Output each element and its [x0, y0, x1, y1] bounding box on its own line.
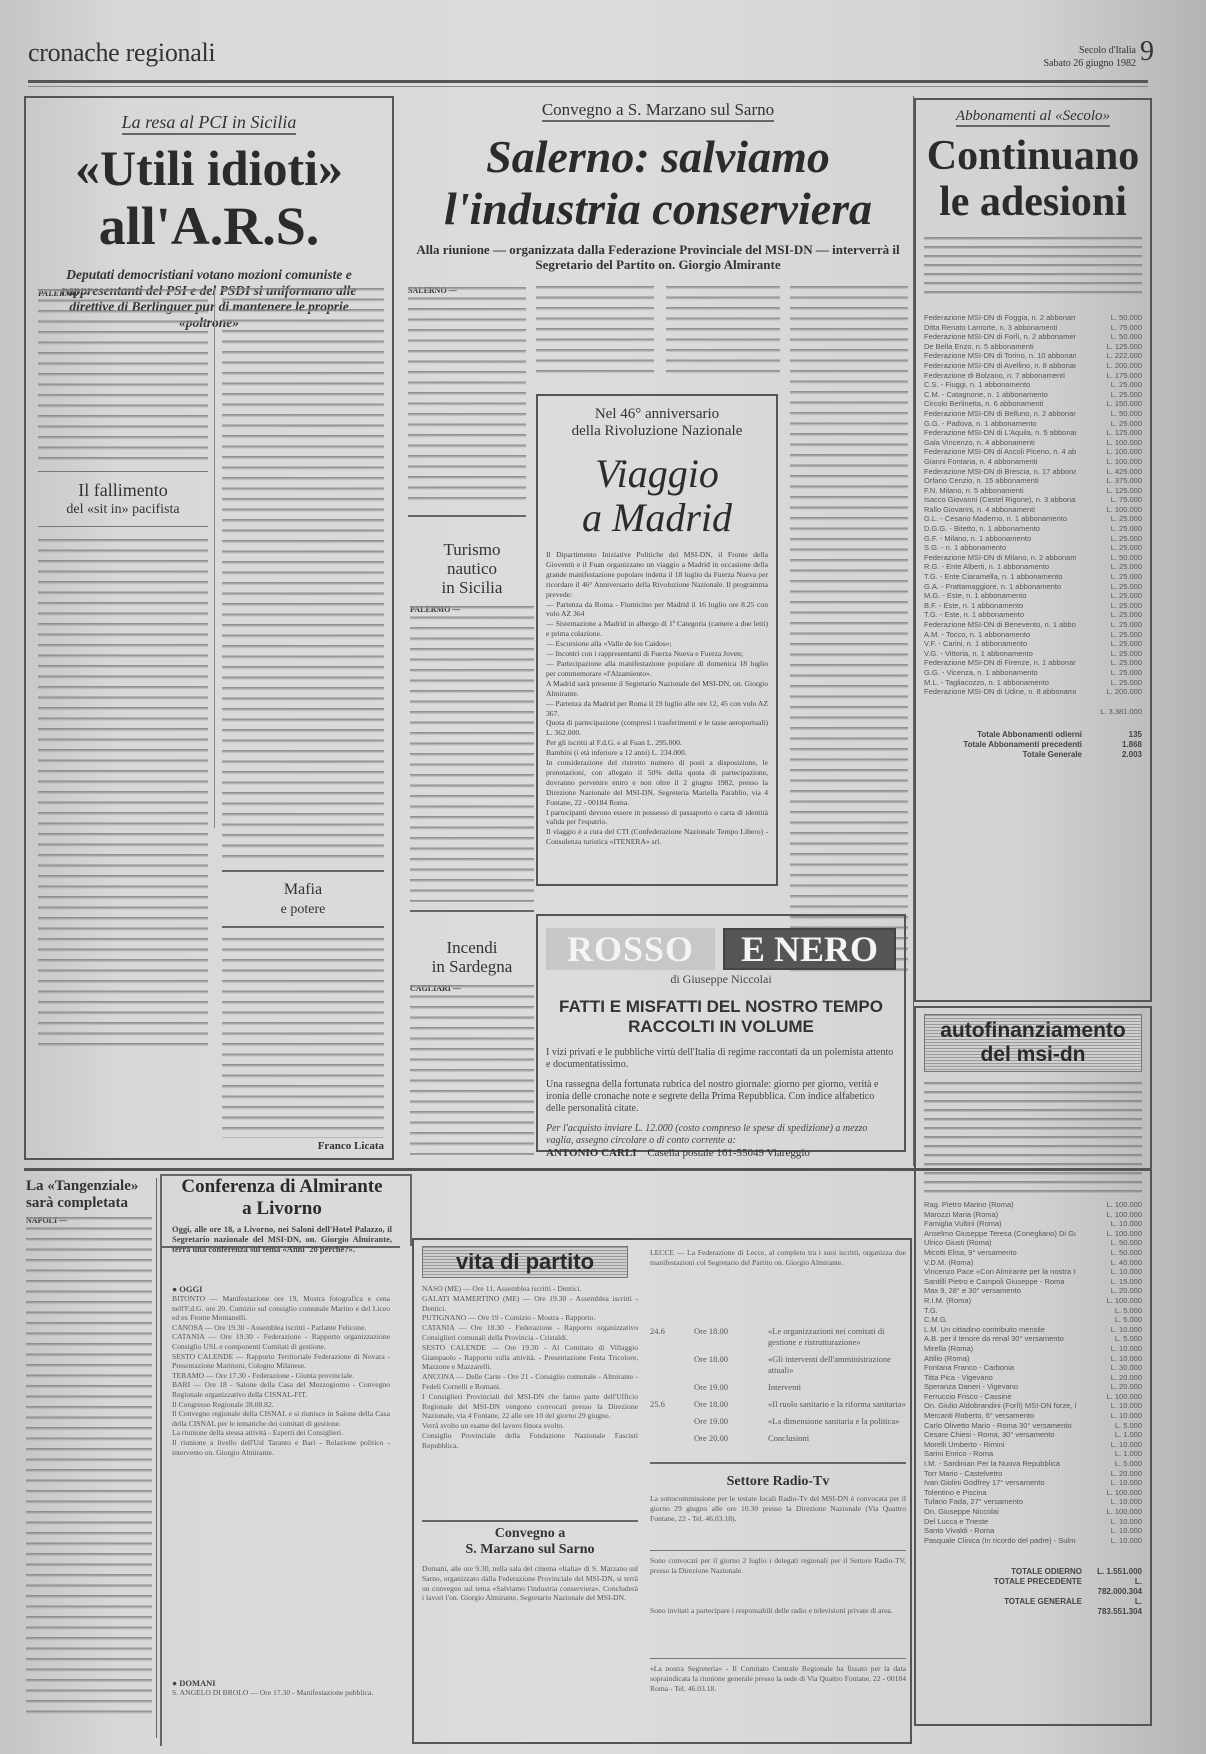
- ledger-row: Ditta Renato Lamorte, n. 3 abbonamentiL.…: [924, 323, 1142, 333]
- rosso-e-nero-order-text: Per l'acquisto inviare L. 12.000 (costo …: [546, 1123, 896, 1147]
- ledger-row: V.D.M. (Roma)L. 40.000: [924, 1258, 1142, 1268]
- ledger-name: Isacco Giovanni (Castel Rigone), n. 3 ab…: [924, 495, 1076, 505]
- total-value: 135: [1092, 730, 1142, 740]
- ledger-value: L. 20.000: [1076, 1286, 1142, 1296]
- rosso-e-nero-headline-line2: RACCOLTI IN VOLUME: [546, 1017, 896, 1037]
- ledger-value: L. 10.000: [1076, 1526, 1142, 1536]
- publication-date: Sabato 26 giugno 1982: [1044, 57, 1137, 70]
- schedule-time: Ore 20.00: [694, 1433, 768, 1444]
- ledger-name: D.G.G. - Bitetto, n. 1 abbonamento: [924, 524, 1076, 534]
- ledger-row: Federazione MSI-DN di Benevento, n. 1 ab…: [924, 620, 1142, 630]
- article-kicker: La resa al PCI in Sicilia: [26, 112, 392, 133]
- newspaper-page: cronache regionali Secolo d'Italia Sabat…: [0, 0, 1206, 1754]
- schedule-row: Ore 19.00Interventi: [650, 1382, 906, 1393]
- schedule-date: [650, 1416, 694, 1427]
- ledger-row: G.F. - Milano, n. 1 abbonamentoL. 25.000: [924, 534, 1142, 544]
- convegno-text: Domani, alle ore 9.30, nella sala del ci…: [422, 1564, 638, 1736]
- vita-di-partito-header: vita di partito: [422, 1246, 628, 1278]
- ledger-value: L. 25.000: [1076, 534, 1142, 544]
- ledger-name: Ulrico Giusti (Roma): [924, 1238, 1076, 1248]
- rosso-e-nero-headline-line1: FATTI E MISFATTI DEL NOSTRO TEMPO: [546, 997, 896, 1017]
- madrid-title-line1: Viaggio: [546, 454, 768, 494]
- ledger-name: R.I.M. (Roma): [924, 1296, 1076, 1306]
- ledger-row: Federazione MSI-DN di Udine, n. 8 abbona…: [924, 687, 1142, 697]
- almirante-entry: Il Congresso Regionale 28.08.82.: [172, 1400, 390, 1410]
- madrid-item: In considerazione del ristretto numero d…: [546, 758, 768, 808]
- ledger-name: G.F. - Milano, n. 1 abbonamento: [924, 534, 1076, 544]
- ledger-name: T.G. - Ente Ciaramella, n. 1 abbonamento: [924, 572, 1076, 582]
- ledger-value: L. 25.000: [1076, 390, 1142, 400]
- article-turismo: Turismo nautico in Sicilia PALERMO —: [410, 528, 534, 928]
- ledger-row: Federazione MSI-DN di Brescia, n. 17 abb…: [924, 467, 1142, 477]
- ledger-name: Rallo Giovanni, n. 4 abbonamenti: [924, 505, 1076, 515]
- vita-di-partito-entry: SESTO CALENDE — Ore 19.30 - Al Comitato …: [422, 1343, 638, 1372]
- ledger-row: V.G. - Vittoria, n. 1 abbonamentoL. 25.0…: [924, 649, 1142, 659]
- rosso-e-nero-order-name: ANTONIO CARLI: [546, 1147, 637, 1159]
- almirante-entry: CATANIA — Ore 19.30 - Federazione - Rapp…: [172, 1332, 390, 1351]
- ledger-value: L. 100.000: [1076, 1200, 1142, 1210]
- ledger-row: Ivan Giolini Godfrey 17° versamentoL. 10…: [924, 1478, 1142, 1488]
- autofinanziamento-title-line2: del msi-dn: [925, 1043, 1141, 1067]
- total-label: Totale Generale: [1023, 750, 1082, 760]
- madrid-item: — Incontri con i rappresentanti di Fuerz…: [546, 649, 768, 659]
- madrid-item: Bambini (i età inferiore a 12 anni) L. 2…: [546, 748, 768, 758]
- publication-name: Secolo d'Italia: [1044, 44, 1137, 57]
- almirante-entry: SESTO CALENDE — Rapporto Territoriale Fe…: [172, 1352, 390, 1371]
- ledger-value: L. 10.000: [1076, 1354, 1142, 1364]
- abbonamenti-subtotal: L. 3.381.000: [1076, 707, 1142, 717]
- ledger-row: D.G.G. - Bitetto, n. 1 abbonamentoL. 25.…: [924, 524, 1142, 534]
- madrid-item: Quota di partecipazione (compresi i tras…: [546, 718, 768, 738]
- ledger-name: Carlo Olivetto Mario - Roma 30° versamen…: [924, 1421, 1076, 1431]
- ledger-value: L. 100.000: [1076, 1488, 1142, 1498]
- ledger-value: L. 25.000: [1076, 572, 1142, 582]
- ledger-value: L. 50.000: [1076, 313, 1142, 323]
- article-incendi: Incendi in Sardegna CAGLIARI —: [410, 930, 534, 1160]
- ledger-name: F.N. Milano, n. 5 abbonamenti: [924, 486, 1076, 496]
- ledger-row: Santo Vivaldi - RomaL. 10.000: [924, 1526, 1142, 1536]
- vita-di-partito-entry: CATANIA — Ore 18.30 - Federazione - Rapp…: [422, 1323, 638, 1343]
- ledger-row: G.A. - Frattamaggiore, n. 1 abbonamentoL…: [924, 582, 1142, 592]
- ledger-value: L. 10.000: [1076, 1401, 1142, 1411]
- almirante-entry: BITONTO — Manifestazione ore 19, Mostra …: [172, 1294, 390, 1323]
- schedule-date: 24.6: [650, 1326, 694, 1348]
- article-headline-line1: «Utili idioti»: [26, 143, 392, 193]
- ledger-value: L. 175.000: [1076, 371, 1142, 381]
- ledger-value: L. 100.000: [1076, 1210, 1142, 1220]
- ledger-value: L. 222.000: [1076, 351, 1142, 361]
- ledger-value: L. 25.000: [1076, 562, 1142, 572]
- ledger-row: Sarini Enrico - RomaL. 1.000: [924, 1449, 1142, 1459]
- ledger-value: L. 10.000: [1076, 1219, 1142, 1229]
- abbonamenti-box: Abbonamenti al «Secolo» Continuano le ad…: [914, 98, 1152, 1002]
- ledger-row: M.G. - Este, n. 1 abbonamentoL. 25.000: [924, 591, 1142, 601]
- almirante-entries: BITONTO — Manifestazione ore 19, Mostra …: [172, 1294, 390, 1674]
- article-body-text: [790, 286, 908, 976]
- ledger-value: L. 10.000: [1076, 1411, 1142, 1421]
- total-value: L. 782.000.304: [1092, 1577, 1142, 1597]
- abbonamenti-ledger: Federazione MSI-DN di Foggia, n. 2 abbon…: [924, 313, 1142, 697]
- ledger-value: L. 125.000: [1076, 428, 1142, 438]
- incendi-body-text: [410, 985, 534, 1155]
- tangenziale-title-line2: sarà completata: [26, 1195, 152, 1212]
- ledger-row: On. Giulio Aldobrandini (Forlì) MSI-DN f…: [924, 1401, 1142, 1411]
- ledger-name: Federazione MSI-DN di Torino, n. 10 abbo…: [924, 351, 1076, 361]
- ledger-value: L. 125.000: [1076, 342, 1142, 352]
- ledger-value: L. 5.000: [1076, 1421, 1142, 1431]
- ledger-value: L. 25.000: [1076, 601, 1142, 611]
- ledger-row: Gala Vincenzo, n. 4 abbonamentiL. 100.00…: [924, 438, 1142, 448]
- almirante-entry: La riunione della stessa attività - Espe…: [172, 1428, 390, 1438]
- ledger-row: Santilli Pietro e Campoli Giuseppe - Rom…: [924, 1277, 1142, 1287]
- ledger-name: Attilio (Roma): [924, 1354, 1076, 1364]
- almirante-today-label: ● OGGI: [172, 1284, 390, 1294]
- article-headline-line1: Salerno: salviamo: [404, 134, 912, 180]
- ledger-row: Federazione MSI-DN di Foggia, n. 2 abbon…: [924, 313, 1142, 323]
- schedule-date: [650, 1382, 694, 1393]
- total-row: Totale Abbonamenti precedenti1.868: [924, 740, 1142, 750]
- article-body-text: [38, 289, 208, 461]
- madrid-item: I partecipanti devono essere in possesso…: [546, 808, 768, 828]
- total-row: Totale Generale2.003: [924, 750, 1142, 760]
- ledger-value: L. 200.000: [1076, 361, 1142, 371]
- rosso-e-nero-author: di Giuseppe Niccolai: [546, 972, 896, 987]
- ledger-name: R.G. - Ente Alberti, n. 1 abbonamento: [924, 562, 1076, 572]
- ledger-name: G.G. - Padova, n. 1 abbonamento: [924, 419, 1076, 429]
- sidebar-title-line1: Il fallimento: [38, 480, 208, 500]
- section-title: cronache regionali: [28, 38, 215, 68]
- ledger-value: L. 100.000: [1076, 505, 1142, 515]
- schedule-event: «Le organizzazioni nei comitati di gesti…: [768, 1326, 906, 1348]
- rosso-label: ROSSO: [546, 928, 715, 970]
- publication-info: Secolo d'Italia Sabato 26 giugno 1982: [1044, 44, 1137, 70]
- sidebar-body-text: [38, 539, 208, 1049]
- ledger-row: De Bella Enzo, n. 5 abbonamentiL. 125.00…: [924, 342, 1142, 352]
- article-column-2: [536, 286, 654, 380]
- ledger-name: Mercanti Roberto, 6° versamento: [924, 1411, 1076, 1421]
- radio-tv-title: Settore Radio-Tv: [650, 1472, 906, 1492]
- article-column-3: [666, 286, 780, 380]
- divider: [650, 1462, 906, 1464]
- ledger-value: L. 50.000: [1076, 1238, 1142, 1248]
- vita-di-partito-entries: NASO (ME) — Ore 11, Assemblea iscritti -…: [422, 1284, 638, 1514]
- almirante-entry: Il Convegno regionale della CISNAL e si …: [172, 1409, 390, 1428]
- madrid-item: — Partecipazione alla manifestazione pop…: [546, 659, 768, 679]
- madrid-kicker-line1: Nel 46° anniversario: [546, 406, 768, 423]
- schedule-time: Ore 19.00: [694, 1416, 768, 1427]
- autofinanziamento-totals: TOTALE ODIERNOL. 1.551.000TOTALE PRECEDE…: [924, 1567, 1142, 1617]
- almirante-entry: Il riunione a livello dell'Usl Taranto e…: [172, 1438, 390, 1457]
- article-body-text: [222, 288, 384, 860]
- divider: [650, 1658, 906, 1659]
- ledger-name: On. Giuseppe Niccolai: [924, 1507, 1076, 1517]
- ledger-row: Famiglia Vultini (Roma)L. 10.000: [924, 1219, 1142, 1229]
- ledger-row: Carlo Olivetto Mario - Roma 30° versamen…: [924, 1421, 1142, 1431]
- ledger-row: Max 9, 28° e 30° versamentoL. 20.000: [924, 1286, 1142, 1296]
- abbonamenti-subtotal-row: L. 3.381.000: [924, 707, 1142, 717]
- tangenziale-body-text: [26, 1217, 152, 1717]
- abbonamenti-title-line1: Continuano: [924, 135, 1142, 177]
- divider: [422, 1520, 638, 1522]
- schedule-time: Ore 18.00: [694, 1326, 768, 1348]
- masthead-rule-thin: [28, 86, 1148, 87]
- ledger-value: L. 20.000: [1076, 1373, 1142, 1383]
- ledger-name: V.D.M. (Roma): [924, 1258, 1076, 1268]
- ledger-value: L. 10.000: [1076, 1517, 1142, 1527]
- radio-tv-text-3: Sono invitati a partecipare i responsabi…: [650, 1606, 906, 1650]
- ledger-name: Federazione MSI-DN di Ascoli Piceno, n. …: [924, 447, 1076, 457]
- almirante-entry: BARI — Ore 18 - Salone della Casa del Me…: [172, 1380, 390, 1399]
- ledger-row: Federazione MSI-DN di Milano, n. 2 abbon…: [924, 553, 1142, 563]
- almirante-tomorrow-text: S. ANGELO DI BROLO — Ore 17.30 - Manifes…: [172, 1688, 390, 1698]
- divider: [38, 526, 208, 527]
- total-label: TOTALE GENERALE: [1004, 1597, 1082, 1617]
- autofinanziamento-header: autofinanziamento del msi-dn: [924, 1014, 1142, 1072]
- ledger-name: A.B. per il tenore da renal 30° versamen…: [924, 1334, 1076, 1344]
- article-column-4: [790, 286, 908, 976]
- total-label: Totale Abbonamenti odierni: [977, 730, 1082, 740]
- ledger-row: Pasquale Clinica (In ricordo del padre) …: [924, 1536, 1142, 1546]
- ledger-row: Federazione MSI-DN di Ascoli Piceno, n. …: [924, 447, 1142, 457]
- schedule-row: Ore 20.00Conclusioni: [650, 1433, 906, 1444]
- ledger-name: A.M. - Tocco, n. 1 abbonamento: [924, 630, 1076, 640]
- ledger-row: Federazione MSI-DN di Belluno, n. 2 abbo…: [924, 409, 1142, 419]
- ledger-name: Tufano Fada, 27° versamento: [924, 1497, 1076, 1507]
- ledger-name: On. Giulio Aldobrandini (Forlì) MSI-DN f…: [924, 1401, 1076, 1411]
- vita-di-partito-entry: Consiglio Provinciale della Fondazione N…: [422, 1431, 638, 1451]
- rosso-e-nero-para1: I vizi privati e le pubbliche virtù dell…: [546, 1047, 896, 1071]
- madrid-body-text: Il Dipartimento Iniziative Politiche del…: [546, 550, 768, 846]
- autofinanziamento-ledger: Rag. Pietro Marino (Roma)L. 100.000Maroz…: [924, 1200, 1142, 1545]
- box-body-text: [222, 938, 384, 1138]
- ledger-name: Del Lucca e Trieste: [924, 1517, 1076, 1527]
- ledger-name: G.L. - Cesano Maderno, n. 1 abbonamento: [924, 514, 1076, 524]
- tangenziale-title-line1: La «Tangenziale»: [26, 1178, 152, 1195]
- ledger-row: Torr Mario - CastelvetroL. 20.000: [924, 1469, 1142, 1479]
- ledger-name: Marozzi Maria (Roma): [924, 1210, 1076, 1220]
- ledger-value: L. 10.000: [1076, 1344, 1142, 1354]
- article-column-1: PALERMO — Il fallimento del «sit in» pac…: [38, 288, 208, 1049]
- ledger-name: Torr Mario - Castelvetro: [924, 1469, 1076, 1479]
- ledger-value: L. 75.000: [1076, 495, 1142, 505]
- ledger-row: Federazione MSI-DN di Firenze, n. 1 abbo…: [924, 658, 1142, 668]
- almirante-entry: CANOSA — Ore 19.30 - Assemblea iscritti …: [172, 1323, 390, 1333]
- vita-di-partito-entry: I Consiglieri Provinciali del MSI-DN che…: [422, 1392, 638, 1421]
- ledger-value: L. 25.000: [1076, 380, 1142, 390]
- viaggio-madrid-box: Nel 46° anniversario della Rivoluzione N…: [536, 394, 778, 886]
- ledger-value: L. 375.000: [1076, 476, 1142, 486]
- incendi-title-line2: in Sardegna: [410, 957, 534, 976]
- ledger-name: Vincenzo Pace «Con Almirante per la nost…: [924, 1267, 1076, 1277]
- ledger-name: Federazione MSI-DN di Benevento, n. 1 ab…: [924, 620, 1076, 630]
- ledger-name: Micotti Elisa, 9° versamento: [924, 1248, 1076, 1258]
- ledger-value: L. 50.000: [1076, 332, 1142, 342]
- ledger-row: Vincenzo Pace «Con Almirante per la nost…: [924, 1267, 1142, 1277]
- ledger-row: Ulrico Giusti (Roma)L. 50.000: [924, 1238, 1142, 1248]
- ledger-row: Micotti Elisa, 9° versamentoL. 50.000: [924, 1248, 1142, 1258]
- madrid-item: — Partenza da Roma - Fiumicino per Madri…: [546, 600, 768, 620]
- ledger-value: L. 25.000: [1076, 591, 1142, 601]
- ledger-value: L. 5.000: [1076, 1334, 1142, 1344]
- rosso-e-nero-order-address-line: ANTONIO CARLI Casella postale 161-55049 …: [546, 1147, 896, 1160]
- ledger-row: Morelli Umberto - RiminiL. 10.000: [924, 1440, 1142, 1450]
- madrid-item: A Madrid sarà presente il Segretario Naz…: [546, 679, 768, 699]
- article-body-text: [666, 286, 780, 380]
- madrid-item: — Escursione alla «Valle de los Caídos»;: [546, 639, 768, 649]
- ledger-row: On. Giuseppe NiccolaiL. 100.000: [924, 1507, 1142, 1517]
- convegno-title-line2: S. Marzano sul Sarno: [422, 1542, 638, 1558]
- sidebar-title-line2: del «sit in» pacifista: [38, 500, 208, 520]
- ledger-name: Federazione MSI-DN di Foggia, n. 2 abbon…: [924, 313, 1076, 323]
- divider: [650, 1550, 906, 1551]
- ledger-value: L. 25.000: [1076, 582, 1142, 592]
- ledger-name: Orfano Cenzio, n. 15 abbonamenti: [924, 476, 1076, 486]
- ledger-row: Ferruccio Frisco - CassineL. 100.000: [924, 1392, 1142, 1402]
- ledger-row: B.F. - Este, n. 1 abbonamentoL. 25.000: [924, 601, 1142, 611]
- ledger-row: Federazione MSI-DN di L'Aquila, n. 5 abb…: [924, 428, 1142, 438]
- ledger-value: L. 10.000: [1076, 1497, 1142, 1507]
- ledger-row: Isacco Giovanni (Castel Rigone), n. 3 ab…: [924, 495, 1142, 505]
- total-row: TOTALE ODIERNOL. 1.551.000: [924, 1567, 1142, 1577]
- ledger-row: G.G. - Vicenza, n. 1 abbonamentoL. 25.00…: [924, 668, 1142, 678]
- ledger-row: Federazione MSI-DN di Avellino, n. 8 abb…: [924, 361, 1142, 371]
- ledger-name: T.G.: [924, 1306, 1076, 1316]
- ledger-value: L. 25.000: [1076, 620, 1142, 630]
- ledger-value: L. 1.000: [1076, 1449, 1142, 1459]
- ledger-value: L. 15.000: [1076, 1277, 1142, 1287]
- schedule-event: Conclusioni: [768, 1433, 906, 1444]
- ledger-name: T.G. - Este, n. 1 abbonamento: [924, 610, 1076, 620]
- ledger-name: Fontana Franco - Carbonia: [924, 1363, 1076, 1373]
- ledger-row: Attilio (Roma)L. 10.000: [924, 1354, 1142, 1364]
- divider: [410, 910, 534, 912]
- ledger-row: Speranza Daneri - VigevanoL. 20.000: [924, 1382, 1142, 1392]
- ledger-name: M.G. - Este, n. 1 abbonamento: [924, 591, 1076, 601]
- ledger-name: Federazione MSI-DN di Udine, n. 8 abbona…: [924, 687, 1076, 697]
- ledger-value: L. 425.000: [1076, 467, 1142, 477]
- lecce-schedule: 24.6Ore 18.00«Le organizzazioni nei comi…: [650, 1326, 906, 1450]
- rosso-e-nero-banner: ROSSO E NERO: [546, 928, 896, 970]
- ledger-name: S.G. - n. 1 abbonamento: [924, 543, 1076, 553]
- ledger-name: V.G. - Vittoria, n. 1 abbonamento: [924, 649, 1076, 659]
- ledger-value: L. 25.000: [1076, 610, 1142, 620]
- ledger-name: Federazione MSI-DN di Brescia, n. 17 abb…: [924, 467, 1076, 477]
- radio-tv-text-4: «La nostra Segreteria» - Il Comitato Cen…: [650, 1664, 906, 1714]
- ledger-value: L. 10.000: [1076, 1267, 1142, 1277]
- ledger-name: Morelli Umberto - Rimini: [924, 1440, 1076, 1450]
- total-value: 1.868: [1092, 740, 1142, 750]
- vita-di-partito-entry: NASO (ME) — Ore 11, Assemblea iscritti -…: [422, 1284, 638, 1294]
- article-ars: La resa al PCI in Sicilia «Utili idioti»…: [24, 96, 394, 1160]
- ledger-value: L. 25.000: [1076, 639, 1142, 649]
- ledger-name: C.M.G.: [924, 1315, 1076, 1325]
- ledger-row: M.L. - Tagliacozzo, n. 1 abbonamentoL. 2…: [924, 678, 1142, 688]
- ledger-value: L. 1.000: [1076, 1430, 1142, 1440]
- article-signature: Franco Licata: [222, 1140, 384, 1152]
- ledger-value: L. 25.000: [1076, 514, 1142, 524]
- madrid-kicker-line2: della Rivoluzione Nazionale: [546, 423, 768, 440]
- ledger-value: L. 100.000: [1076, 1296, 1142, 1306]
- ledger-value: L. 50.000: [1076, 553, 1142, 563]
- vita-di-partito-title: vita di partito: [423, 1247, 627, 1277]
- ledger-name: Gianni Fontana, n. 4 abbonamenti: [924, 457, 1076, 467]
- article-deck: Alla riunione — organizzata dalla Federa…: [408, 242, 908, 272]
- ledger-value: L. 25.000: [1076, 649, 1142, 659]
- ledger-row: Rallo Giovanni, n. 4 abbonamentiL. 100.0…: [924, 505, 1142, 515]
- schedule-event: «La dimensione sanitaria e la politica»: [768, 1416, 906, 1427]
- ledger-name: De Bella Enzo, n. 5 abbonamenti: [924, 342, 1076, 352]
- ledger-name: Circolo Berlinetta, n. 6 abbonamenti: [924, 399, 1076, 409]
- ledger-name: C.M. - Catagnone, n. 1 abbonamento: [924, 390, 1076, 400]
- ledger-name: G.G. - Vicenza, n. 1 abbonamento: [924, 668, 1076, 678]
- total-row: TOTALE PRECEDENTEL. 782.000.304: [924, 1577, 1142, 1597]
- ledger-row: C.M. - Catagnone, n. 1 abbonamentoL. 25.…: [924, 390, 1142, 400]
- ledger-name: Sarini Enrico - Roma: [924, 1449, 1076, 1459]
- madrid-item: Per gli iscritti al F.d.G. e al Fuan L. …: [546, 738, 768, 748]
- ledger-name: Federazione di Bolzano, n. 7 abbonamenti: [924, 371, 1076, 381]
- box-title-line2: e potere: [222, 900, 384, 920]
- madrid-item: Il viaggio è a cura del CTI (Confederazi…: [546, 827, 768, 846]
- ledger-name: Santo Vivaldi - Roma: [924, 1526, 1076, 1536]
- article-tangenziale: La «Tangenziale» sarà completata NAPOLI …: [26, 1178, 152, 1738]
- total-value: 2.003: [1092, 750, 1142, 760]
- ledger-value: L. 75.000: [1076, 323, 1142, 333]
- ledger-row: Marozzi Maria (Roma)L. 100.000: [924, 1210, 1142, 1220]
- autofinanziamento-title-line1: autofinanziamento: [925, 1019, 1141, 1043]
- divider: [408, 515, 526, 517]
- ledger-row: Rag. Pietro Marino (Roma)L. 100.000: [924, 1200, 1142, 1210]
- schedule-row: Ore 18.00«Gli interventi dell'amministra…: [650, 1354, 906, 1376]
- article-column-2: Mafia e potere Franco Licata: [222, 288, 384, 1152]
- ledger-value: L. 100.000: [1076, 1229, 1142, 1239]
- divider: [222, 926, 384, 928]
- ledger-row: Federazione MSI-DN di Forlì, n. 2 abbona…: [924, 332, 1142, 342]
- abbonamenti-intro-text: [924, 237, 1142, 299]
- total-value: L. 783.551.304: [1092, 1597, 1142, 1617]
- ledger-name: B.F. - Este, n. 1 abbonamento: [924, 601, 1076, 611]
- page-number: 9: [1140, 36, 1154, 68]
- schedule-row: Ore 19.00«La dimensione sanitaria e la p…: [650, 1416, 906, 1427]
- vita-di-partito-box: vita di partito NASO (ME) — Ore 11, Asse…: [412, 1238, 912, 1744]
- ledger-row: Orfano Cenzio, n. 15 abbonamentiL. 375.0…: [924, 476, 1142, 486]
- ledger-row: A.B. per il tenore da renal 30° versamen…: [924, 1334, 1142, 1344]
- ledger-value: L. 25.000: [1076, 524, 1142, 534]
- ledger-value: L. 25.000: [1076, 678, 1142, 688]
- ledger-value: L. 5.000: [1076, 1315, 1142, 1325]
- article-body-text: [408, 287, 526, 507]
- turismo-title-line3: in Sicilia: [410, 578, 534, 597]
- ledger-value: L. 10.000: [1076, 1478, 1142, 1488]
- abbonamenti-title-line2: le adesioni: [924, 181, 1142, 223]
- ledger-row: R.G. - Ente Alberti, n. 1 abbonamentoL. …: [924, 562, 1142, 572]
- ledger-name: Speranza Daneri - Vigevano: [924, 1382, 1076, 1392]
- ledger-value: L. 25.000: [1076, 658, 1142, 668]
- divider: [222, 870, 384, 872]
- turismo-title-line2: nautico: [410, 559, 534, 578]
- vita-di-partito-entry: PUTIGNANO — Ore 19 - Comizio - Mostra - …: [422, 1313, 638, 1323]
- ledger-value: L. 50.000: [1076, 409, 1142, 419]
- abbonamenti-totals: Totale Abbonamenti odierni135Totale Abbo…: [924, 730, 1142, 760]
- turismo-title-line1: Turismo: [410, 540, 534, 559]
- ledger-row: I.M. - Sardinian Per la Nuova Repubblica…: [924, 1459, 1142, 1469]
- ledger-row: T.G. - Este, n. 1 abbonamentoL. 25.000: [924, 610, 1142, 620]
- ledger-name: Federazione MSI-DN di Belluno, n. 2 abbo…: [924, 409, 1076, 419]
- schedule-time: Ore 19.00: [694, 1382, 768, 1393]
- ledger-value: L. 100.000: [1076, 438, 1142, 448]
- ledger-name: Rag. Pietro Marino (Roma): [924, 1200, 1076, 1210]
- schedule-date: [650, 1354, 694, 1376]
- ledger-name: Ivan Giolini Godfrey 17° versamento: [924, 1478, 1076, 1488]
